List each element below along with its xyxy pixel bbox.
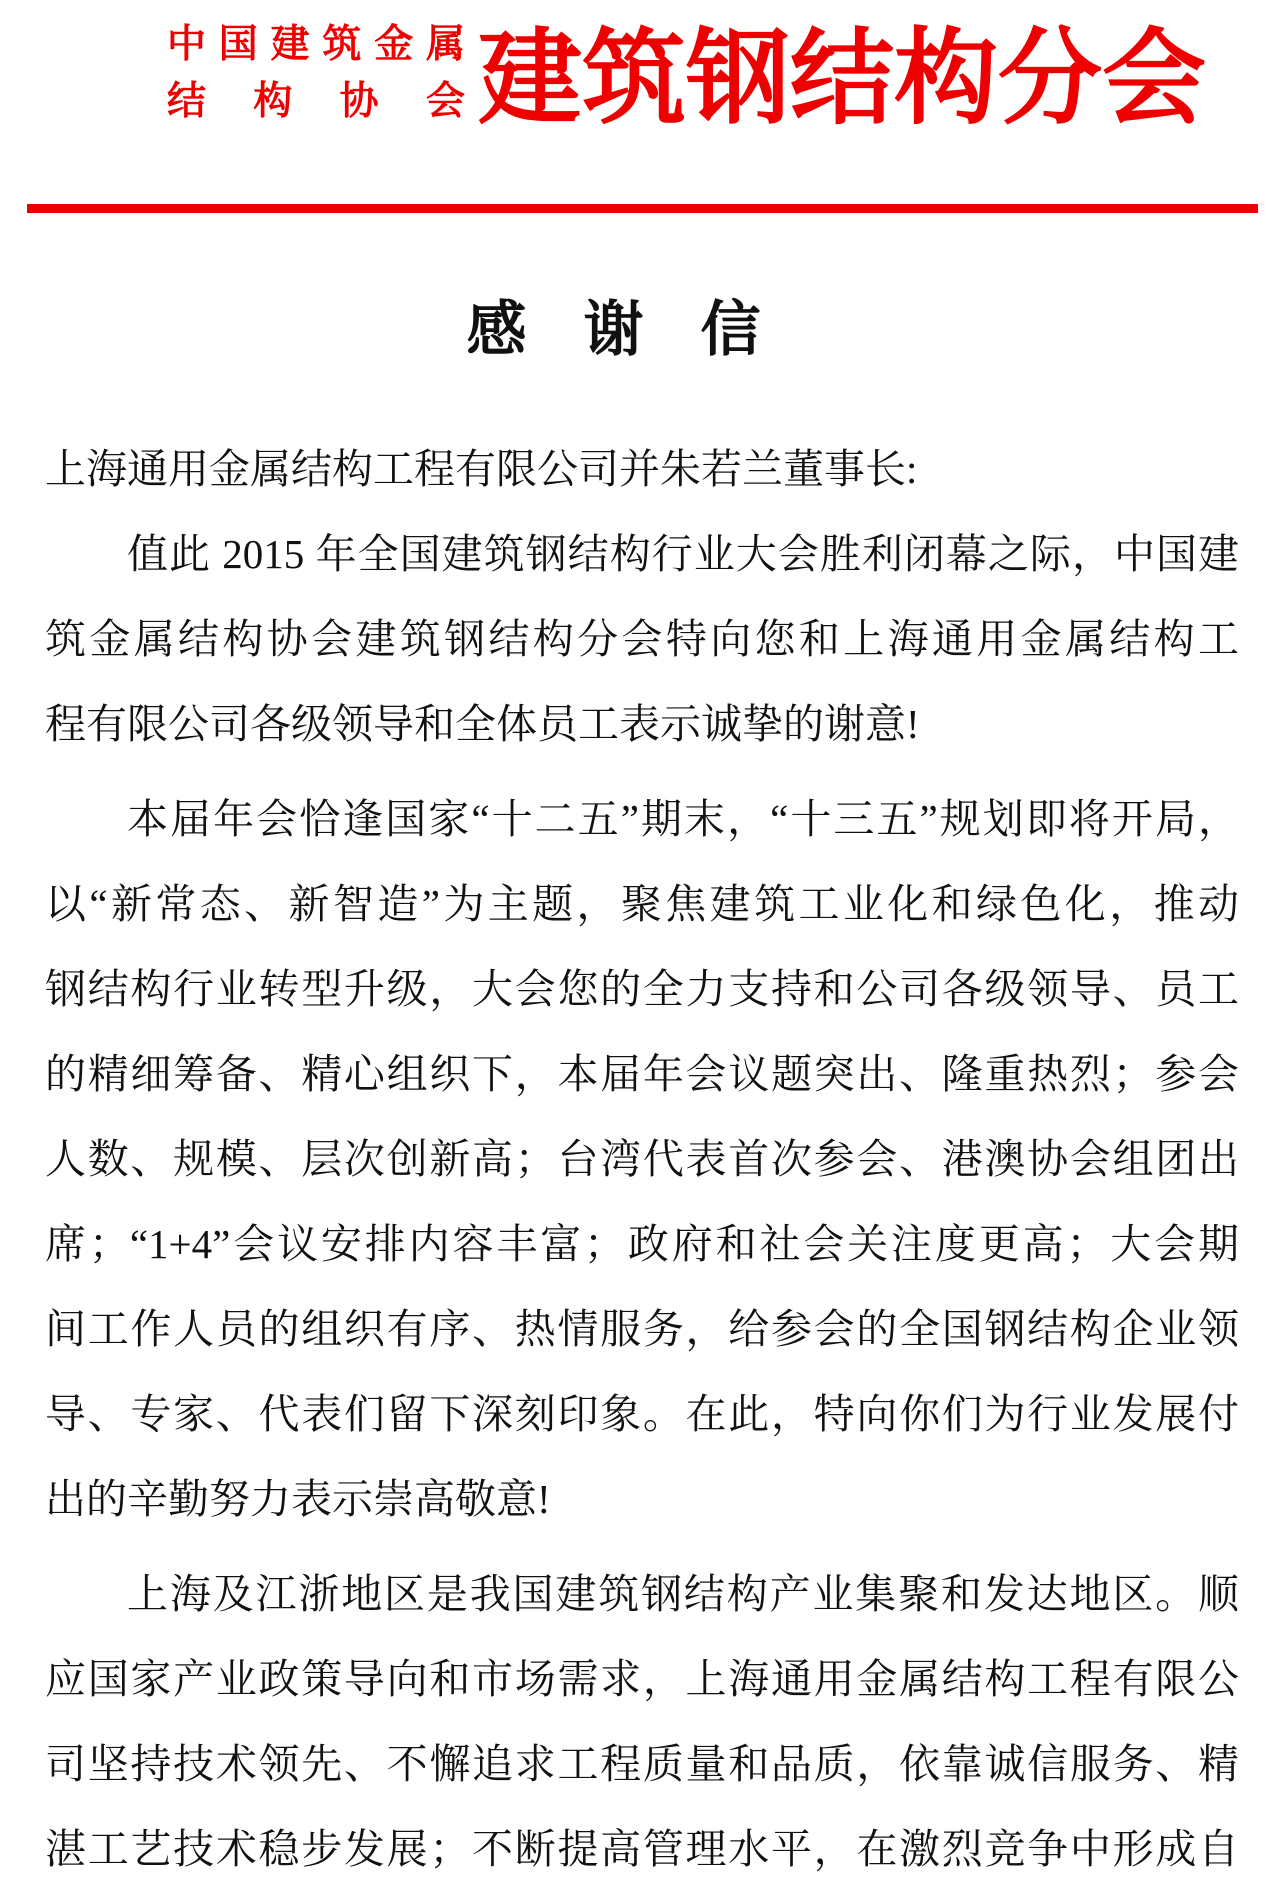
letter-line: 应国家产业政策导向和市场需求，上海通用金属结构工程有限公 [45, 1637, 1239, 1722]
paragraph-3: 上海及江浙地区是我国建筑钢结构产业集聚和发达地区。顺 应国家产业政策导向和市场需… [45, 1552, 1239, 1890]
letter-line: 筑金属结构协会建筑钢结构分会特向您和上海通用金属结构工 [45, 597, 1239, 682]
association-name-line2: 结构协会 [167, 73, 465, 130]
letter-line: 导、专家、代表们留下深刻印象。在此，特向你们为行业发展付 [45, 1372, 1239, 1457]
branch-name: 建筑钢结构分会 [478, 0, 1206, 160]
letter-line: 程有限公司各级领导和全体员工表示诚挚的谢意! [45, 682, 1239, 767]
paragraph-1: 值此 2015 年全国建筑钢结构行业大会胜利闭幕之际，中国建 筑金属结构协会建筑… [45, 512, 1239, 767]
letter-line: 的精细筹备、精心组织下，本届年会议题突出、隆重热烈；参会 [45, 1032, 1239, 1117]
letter-body: 上海通用金属结构工程有限公司并朱若兰董事长: 值此 2015 年全国建筑钢结构行… [45, 427, 1239, 1890]
salutation-line: 上海通用金属结构工程有限公司并朱若兰董事长: [45, 427, 1239, 512]
association-name: 中国建筑金属 结构协会 [167, 16, 465, 130]
paragraph-2: 本届年会恰逢国家“十二五”期末，“十三五”规划即将开局， 以“新常态、新智造”为… [45, 777, 1239, 1542]
letter-line: 值此 2015 年全国建筑钢结构行业大会胜利闭幕之际，中国建 [45, 512, 1239, 597]
letter-line: 间工作人员的组织有序、热情服务，给参会的全国钢结构企业领 [45, 1287, 1239, 1372]
letter-page: 中国建筑金属 结构协会 建筑钢结构分会 感谢信 上海通用金属结构工程有限公司并朱… [0, 0, 1284, 1890]
letter-line: 出的辛勤努力表示崇高敬意! [45, 1457, 1239, 1542]
letter-line: 以“新常态、新智造”为主题，聚焦建筑工业化和绿色化，推动 [45, 862, 1239, 947]
letter-line: 湛工艺技术稳步发展；不断提高管理水平，在激烈竞争中形成自 [45, 1807, 1239, 1890]
letter-line: 上海及江浙地区是我国建筑钢结构产业集聚和发达地区。顺 [45, 1552, 1239, 1637]
letter-line: 本届年会恰逢国家“十二五”期末，“十三五”规划即将开局， [45, 777, 1239, 862]
letter-line: 席；“1+4”会议安排内容丰富；政府和社会关注度更高；大会期 [45, 1202, 1239, 1287]
letter-line: 司坚持技术领先、不懈追求工程质量和品质，依靠诚信服务、精 [45, 1722, 1239, 1807]
letter-line: 人数、规模、层次创新高；台湾代表首次参会、港澳协会组团出 [45, 1117, 1239, 1202]
letter-line: 钢结构行业转型升级，大会您的全力支持和公司各级领导、员工 [45, 947, 1239, 1032]
red-divider-rule [27, 204, 1258, 213]
letter-title: 感谢信 [0, 288, 1284, 372]
association-name-line1: 中国建筑金属 [167, 16, 465, 73]
